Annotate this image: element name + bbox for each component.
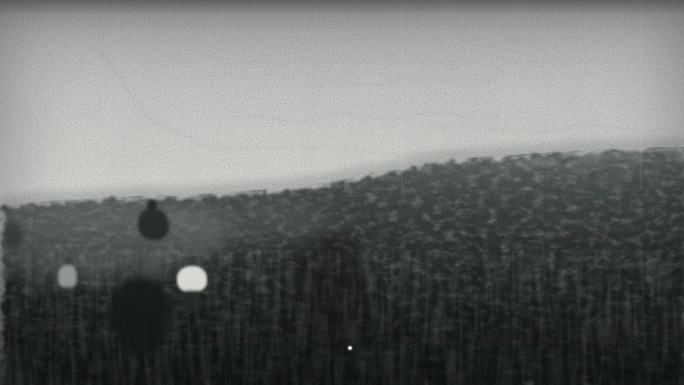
dust-speck [348,346,352,350]
archival-photo [0,0,684,385]
vignette [0,0,684,385]
